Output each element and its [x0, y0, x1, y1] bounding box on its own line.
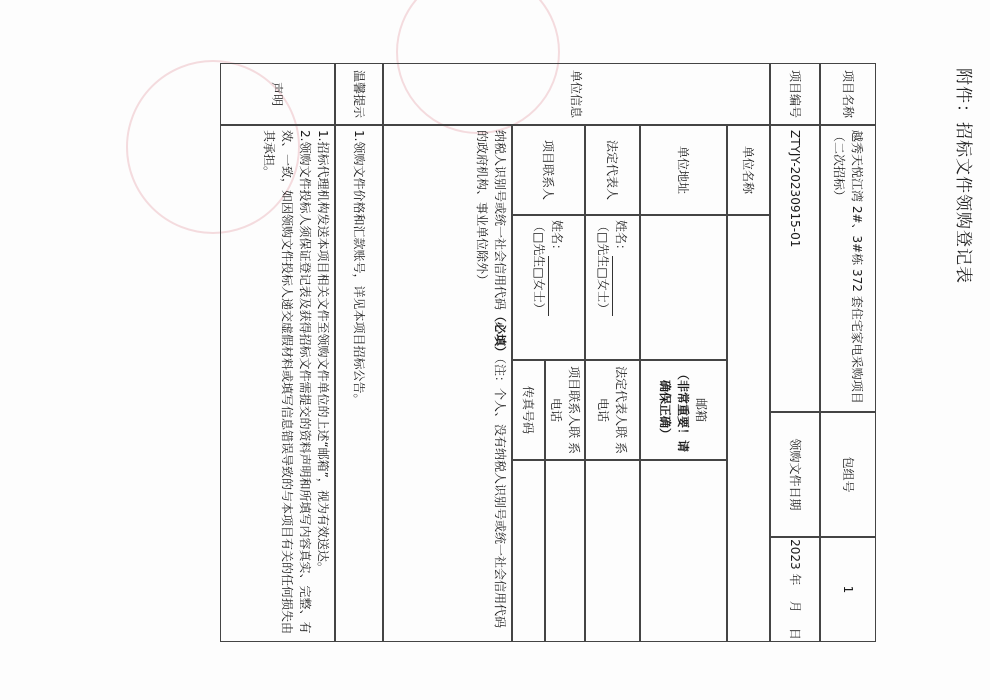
- tax-id-field[interactable]: 纳税人识别号或统一社会信用代码（必填）（注：个人、没有纳税人识别号或统一社会信用…: [383, 125, 512, 642]
- statement-text: 1.招标代理机构发送本项目相关文件至领购文件单位的上述“邮箱”，视为有效送达。 …: [220, 125, 335, 642]
- purchase-date-label: 领购文件日期: [770, 412, 820, 537]
- project-number-label: 项目编号: [770, 63, 820, 125]
- legal-rep-phone-field[interactable]: [585, 460, 640, 642]
- package-value[interactable]: 1: [820, 537, 876, 642]
- legal-rep-name-line[interactable]: [613, 256, 626, 316]
- tax-id-required: （必填）: [493, 310, 507, 358]
- legal-rep-label: 法定代表人: [585, 125, 640, 215]
- fax-label: 传真号码: [512, 360, 545, 460]
- unit-info-group-label: 单位信息: [383, 63, 770, 125]
- project-name-label: 项目名称: [820, 63, 876, 125]
- document-title: 附件：招标文件领购登记表: [953, 68, 978, 284]
- tax-id-label: 纳税人识别号或统一社会信用代码: [493, 130, 507, 310]
- package-label: 包组号: [820, 412, 876, 537]
- unit-name-field[interactable]: [727, 215, 770, 642]
- tips-text: 1.领购文件价格和汇款账号，详见本项目招标公告。: [335, 125, 383, 642]
- project-name-note: （二次招标）: [830, 130, 848, 202]
- project-name-text: 越秀天悦江湾 2#、3#栋 372 套住宅家电采购项目: [848, 130, 866, 404]
- email-field[interactable]: [640, 460, 727, 642]
- statement-line-1: 1.招标代理机构发送本项目相关文件至领购文件单位的上述“邮箱”，视为有效送达。: [314, 130, 332, 637]
- unit-address-label: 单位地址: [640, 125, 727, 215]
- email-label: 邮箱 （非常重要！请确保正确）: [640, 360, 727, 460]
- unit-name-label: 单位名称: [727, 125, 770, 215]
- statement-line-2: 2.领购文件投标人须保证登记表及获得招标文件需提交的资料声明和所填写内容真实、完…: [260, 130, 314, 637]
- legal-rep-name-field[interactable]: 姓名： （□先生□女士）: [585, 215, 640, 360]
- contact-label: 项目联系人: [512, 125, 585, 215]
- contact-name-line[interactable]: [549, 256, 562, 316]
- legal-rep-name-prefix: 姓名：: [615, 220, 629, 256]
- document-page: 附件：招标文件领购登记表 项目名称 越秀天悦江湾 2#、3#栋 372 套住宅家…: [0, 0, 990, 700]
- tips-label: 温馨提示: [335, 63, 383, 125]
- unit-address-field[interactable]: [640, 215, 727, 360]
- project-number-value: ZTYJY-20230915-01: [770, 125, 820, 412]
- purchase-date-value[interactable]: 2023 年 月 日: [770, 537, 820, 642]
- statement-label: 声明: [220, 63, 335, 125]
- contact-name-field[interactable]: 姓名： （□先生□女士）: [512, 215, 585, 360]
- contact-name-prefix: 姓名：: [551, 220, 565, 256]
- legal-rep-phone-label: 法定代表人联 系电话: [585, 360, 640, 460]
- email-important-note: （非常重要！请确保正确）: [657, 365, 693, 455]
- fax-field[interactable]: [512, 460, 545, 642]
- contact-phone-field[interactable]: [545, 460, 585, 642]
- project-name-value: 越秀天悦江湾 2#、3#栋 372 套住宅家电采购项目 （二次招标）: [820, 125, 876, 412]
- contact-gender-checkboxes[interactable]: （□先生□女士）: [531, 220, 549, 315]
- email-label-text: 邮箱: [693, 398, 711, 422]
- contact-phone-label: 项目联系人联 系电话: [545, 360, 585, 460]
- legal-rep-gender-checkboxes[interactable]: （□先生□女士）: [595, 220, 613, 315]
